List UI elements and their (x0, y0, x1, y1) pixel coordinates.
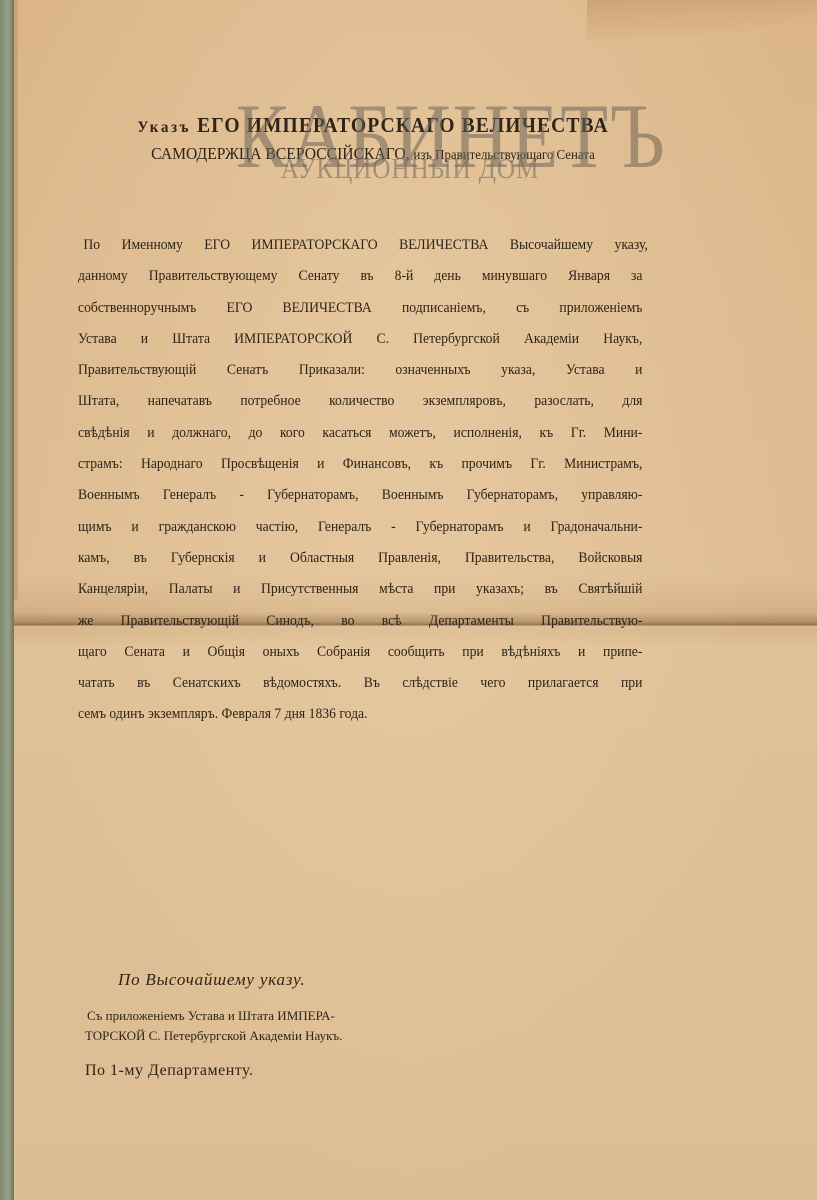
decree-footer: По Высочайшему указу. Съ приложеніемъ Ус… (85, 970, 505, 1080)
department-line: По 1-му Департаменту. (85, 1062, 505, 1080)
body-line: собственноручнымъ ЕГО ВЕЛИЧЕСТВА подписа… (78, 292, 642, 323)
body-line: По Именному ЕГО ИМПЕРАТОРСКАГО ВЕЛИЧЕСТВ… (78, 229, 648, 260)
body-line: свѣдѣнія и должнаго, до кого касаться мо… (78, 417, 642, 448)
body-line: Военнымъ Генералъ - Губернаторамъ, Военн… (78, 479, 642, 510)
body-line-date: семъ одинъ экземпляръ. Февраля 7 дня 183… (78, 698, 642, 729)
body-line: щаго Сената и Общія оныхъ Собранія сообщ… (78, 636, 642, 667)
decree-header: Указъ ЕГО ИМПЕРАТОРСКАГО ВЕЛИЧЕСТВА САМО… (78, 113, 668, 164)
body-line: Канцеляріи, Палаты и Присутственныя мѣст… (78, 573, 642, 604)
body-line: камъ, въ Губернскія и Областныя Правлені… (78, 542, 642, 573)
attachment-note-line-2: ТОРСКОЙ С. Петербургской Академіи Наукъ. (85, 1026, 505, 1046)
decree-body: По Именному ЕГО ИМПЕРАТОРСКАГО ВЕЛИЧЕСТВ… (78, 229, 643, 730)
binding-spine (0, 0, 14, 1200)
body-line: же Правительствующій Синодъ, во всѣ Депа… (78, 605, 642, 636)
body-line: Правительствующій Сенатъ Приказали: озна… (78, 354, 642, 385)
header-subtitle: САМОДЕРЖЦА ВСЕРОССІЙСКАГО, (151, 144, 409, 163)
body-line: чатать въ Сенатскихъ вѣдомостяхъ. Въ слѣ… (78, 667, 642, 698)
header-line-1: Указъ ЕГО ИМПЕРАТОРСКАГО ВЕЛИЧЕСТВА (99, 113, 648, 138)
body-line: Штата, напечатавъ потребное количество э… (78, 385, 642, 416)
body-line: страмъ: Народнаго Просвѣщенія и Финансов… (78, 448, 642, 479)
header-subtitle-rest: изъ Правительствующаго Сената (414, 148, 595, 163)
body-line: щимъ и гражданскою частію, Генералъ - Гу… (78, 511, 642, 542)
body-line: Устава и Штата ИМПЕРАТОРСКОЙ С. Петербур… (78, 323, 642, 354)
header-title: ЕГО ИМПЕРАТОРСКАГО ВЕЛИЧЕСТВА (197, 113, 609, 137)
attachment-note: Съ приложеніемъ Устава и Штата ИМПЕРА- Т… (85, 1006, 505, 1046)
header-prefix: Указъ (137, 119, 191, 136)
header-line-2: САМОДЕРЖЦА ВСЕРОССІЙСКАГО, изъ Правитель… (102, 144, 645, 164)
attachment-note-line-1: Съ приложеніемъ Устава и Штата ИМПЕРА- (85, 1006, 505, 1026)
by-imperial-decree-line: По Высочайшему указу. (118, 970, 505, 990)
document-page: Указъ ЕГО ИМПЕРАТОРСКАГО ВЕЛИЧЕСТВА САМО… (0, 0, 817, 1200)
body-line: данному Правительствующему Сенату въ 8-й… (78, 260, 642, 291)
top-right-crease (587, 0, 817, 40)
